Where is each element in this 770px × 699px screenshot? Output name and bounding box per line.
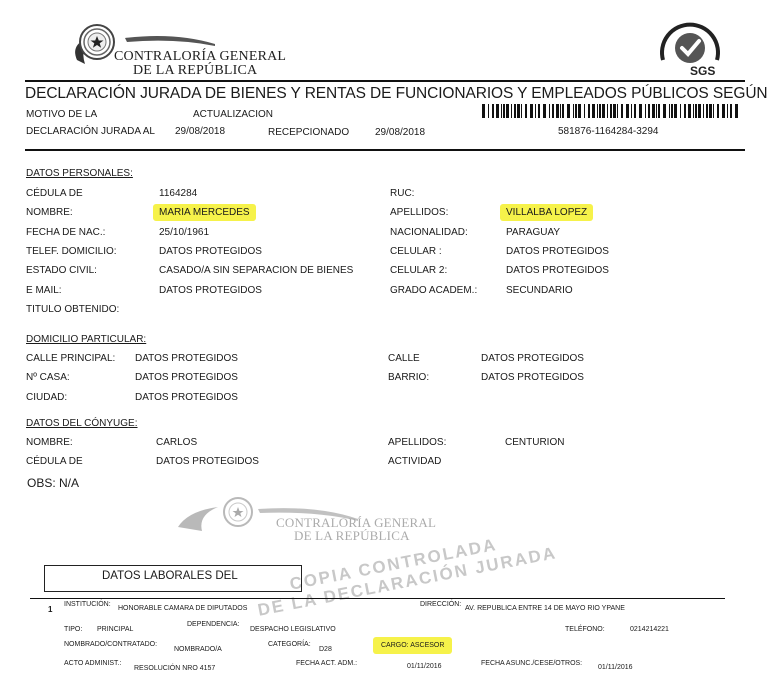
field-value: DATOS PROTEGIDOS [159, 285, 262, 296]
barcode-number: 581876-1164284-3294 [558, 126, 658, 137]
section-heading-conyuge: DATOS DEL CÓNYUGE: [26, 418, 138, 429]
fecha-act-label: FECHA ACT. ADM.: [296, 660, 357, 667]
field-label: CIUDAD: [26, 392, 67, 403]
field-label: APELLIDOS: [388, 437, 446, 448]
recepcionado-value: 29/08/2018 [375, 127, 425, 138]
field-value: PARAGUAY [506, 227, 560, 238]
motivo-value: ACTUALIZACION [193, 109, 273, 120]
tipo-value: PRINCIPAL [97, 626, 133, 633]
cargo-value: ASCESOR [410, 642, 444, 649]
telefono-value: 0214214221 [630, 626, 669, 633]
laboral-index: 1 [48, 605, 52, 614]
field-label: FECHA DE NAC.: [26, 227, 105, 238]
header-rule [25, 80, 745, 82]
field-value: MARIA MERCEDES [153, 204, 256, 221]
field-value: CARLOS [156, 437, 197, 448]
section-heading-personal: DATOS PERSONALES: [26, 168, 133, 179]
datos-laborales-title: DATOS LABORALES DEL [102, 570, 238, 582]
field-label: CELULAR : [390, 246, 442, 257]
nombrado-label: NOMBRADO/CONTRATADO: [64, 641, 157, 648]
field-label: BARRIO: [388, 372, 429, 383]
direccion-label: DIRECCIÓN: [420, 601, 461, 608]
nombrado-value: NOMBRADO/A [174, 646, 222, 653]
field-label: CALLE PRINCIPAL: [26, 353, 115, 364]
field-value: SECUNDARIO [506, 285, 573, 296]
field-label: TELEF. DOMICILIO: [26, 246, 117, 257]
field-label: Nº CASA: [26, 372, 70, 383]
field-label: NOMBRE: [26, 207, 73, 218]
field-label: CELULAR 2: [390, 265, 447, 276]
cargo-label: CARGO: [381, 642, 409, 649]
recepcionado-label: RECEPCIONADO [268, 127, 349, 138]
acto-value: RESOLUCIÓN NRO 4157 [134, 665, 215, 672]
telefono-label: TELÉFONO: [565, 626, 605, 633]
field-label: CALLE [388, 353, 420, 364]
fecha-asunc-label: FECHA ASUNC./CESE/OTROS: [481, 660, 582, 667]
fecha-act-value: 01/11/2016 [407, 663, 442, 670]
dependencia-label: DEPENDENCIA: [187, 621, 240, 628]
field-label: RUC: [390, 188, 414, 199]
meta-rule [25, 149, 745, 151]
field-label: E MAIL: [26, 285, 62, 296]
declaracion-value: 29/08/2018 [175, 126, 225, 137]
field-value: DATOS PROTEGIDOS [159, 246, 262, 257]
declaracion-label: DECLARACIÓN JURADA AL [26, 126, 155, 137]
tipo-label: TIPO: [64, 626, 82, 633]
field-label: GRADO ACADEM.: [390, 285, 477, 296]
institucion-label: INSTITUCIÓN: [64, 601, 111, 608]
motivo-label: MOTIVO DE LA [26, 109, 97, 120]
section-heading-domicilio: DOMICILIO PARTICULAR: [26, 334, 146, 345]
field-value: DATOS PROTEGIDOS [135, 372, 238, 383]
cargo-highlight: CARGO: ASCESOR [373, 637, 452, 654]
field-value: DATOS PROTEGIDOS [135, 392, 238, 403]
field-value: 25/10/1961 [159, 227, 209, 238]
field-label: ACTIVIDAD [388, 456, 441, 467]
dependencia-value: DESPACHO LEGISLATIVO [250, 626, 336, 633]
org-name-line2: DE LA REPÚBLICA [133, 63, 257, 79]
sgs-certification: SGS [655, 14, 725, 78]
field-label: CÉDULA DE [26, 456, 83, 467]
field-value: DATOS PROTEGIDOS [506, 265, 609, 276]
institucion-value: HONORABLE CAMARA DE DIPUTADOS [118, 605, 247, 612]
field-value: CASADO/A SIN SEPARACION DE BIENES [159, 265, 353, 276]
field-value: DATOS PROTEGIDOS [506, 246, 609, 257]
obs-note: OBS: N/A [27, 476, 79, 490]
field-value: CENTURION [505, 437, 564, 448]
field-value: DATOS PROTEGIDOS [481, 353, 584, 364]
barcode [482, 104, 742, 118]
field-value: DATOS PROTEGIDOS [481, 372, 584, 383]
field-label: NOMBRE: [26, 437, 73, 448]
categoria-label: CATEGORÍA: [268, 641, 311, 648]
field-label: TITULO OBTENIDO: [26, 304, 119, 315]
field-label: APELLIDOS: [390, 207, 448, 218]
field-label: CÉDULA DE [26, 188, 83, 199]
field-value: DATOS PROTEGIDOS [156, 456, 259, 467]
field-value: VILLALBA LOPEZ [500, 204, 593, 221]
acto-label: ACTO ADMINIST.: [64, 660, 121, 667]
field-label: NACIONALIDAD: [390, 227, 468, 238]
document-title: DECLARACIÓN JURADA DE BIENES Y RENTAS DE… [25, 85, 770, 103]
laborales-rule [30, 598, 725, 599]
field-value: 1164284 [159, 188, 197, 199]
direccion-value: AV. REPUBLICA ENTRE 14 DE MAYO RIO YPANE [465, 605, 625, 612]
field-label: ESTADO CIVIL: [26, 265, 97, 276]
sgs-label: SGS [690, 64, 715, 78]
contraloria-logo: CONTRALORÍA GENERAL DE LA REPÚBLICA [55, 18, 275, 80]
watermark-logo: CONTRALORÍA GENERAL DE LA REPÚBLICA [178, 497, 498, 547]
fecha-asunc-value: 01/11/2016 [598, 664, 633, 671]
field-value: DATOS PROTEGIDOS [135, 353, 238, 364]
categoria-value: D28 [319, 646, 332, 653]
